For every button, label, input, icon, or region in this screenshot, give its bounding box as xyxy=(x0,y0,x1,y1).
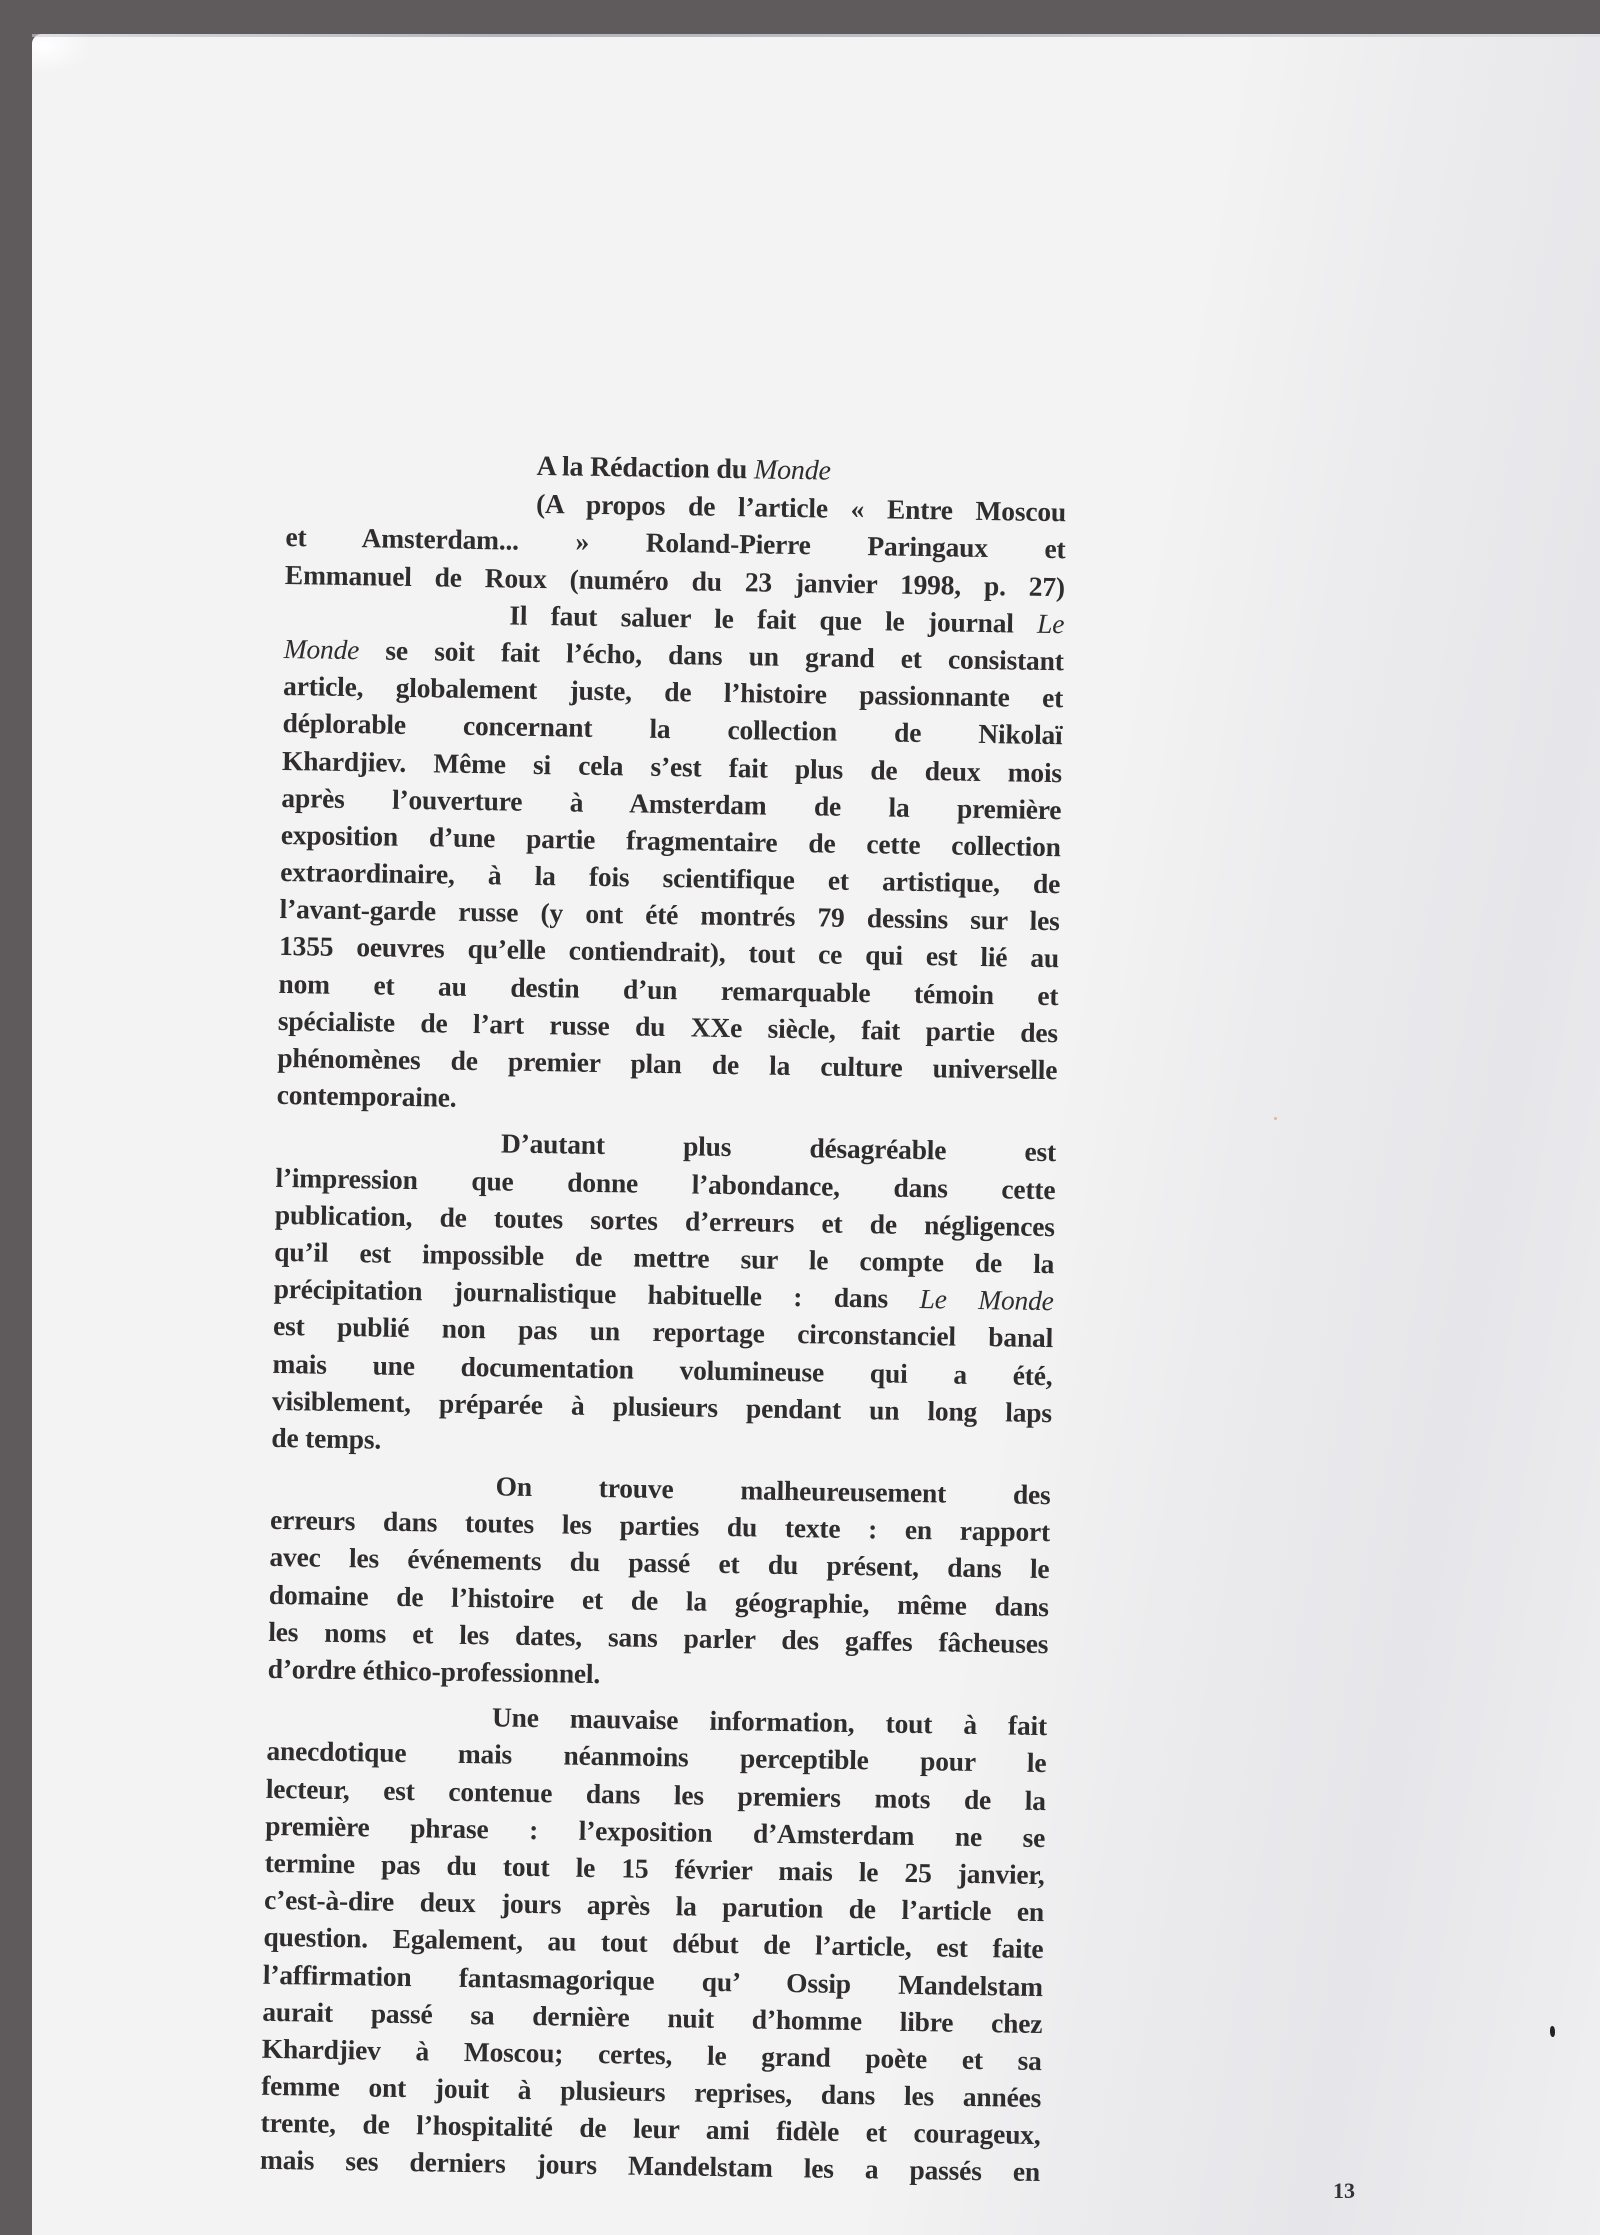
heading-text: A la Rédaction du xyxy=(536,451,754,485)
paragraph-4: Une mauvaise information, tout à fait an… xyxy=(260,1695,1047,2191)
scan-speck xyxy=(1274,1117,1277,1120)
scan-ink-mark xyxy=(1550,2026,1555,2037)
heading-italic-monde: Monde xyxy=(754,454,831,486)
letter-body: A la Rédaction du Monde (A propos de l’a… xyxy=(260,444,1067,2191)
italic-text: Monde xyxy=(284,633,360,665)
paragraph-2: D’autant plus désagréable est l’impressi… xyxy=(271,1121,1056,1468)
italic-text: Le Monde xyxy=(919,1283,1054,1316)
page-number: 13 xyxy=(1333,2178,1355,2204)
italic-text: Le xyxy=(1037,608,1065,639)
paragraph-3: On trouve malheureusement des erreurs da… xyxy=(267,1464,1050,1699)
line-text: Il faut saluer le fait que le journal xyxy=(509,599,1037,638)
paragraph-1: Il faut saluer le fait que le journal Le… xyxy=(276,593,1064,1126)
scanned-page: A la Rédaction du Monde (A propos de l’a… xyxy=(32,34,1600,2235)
